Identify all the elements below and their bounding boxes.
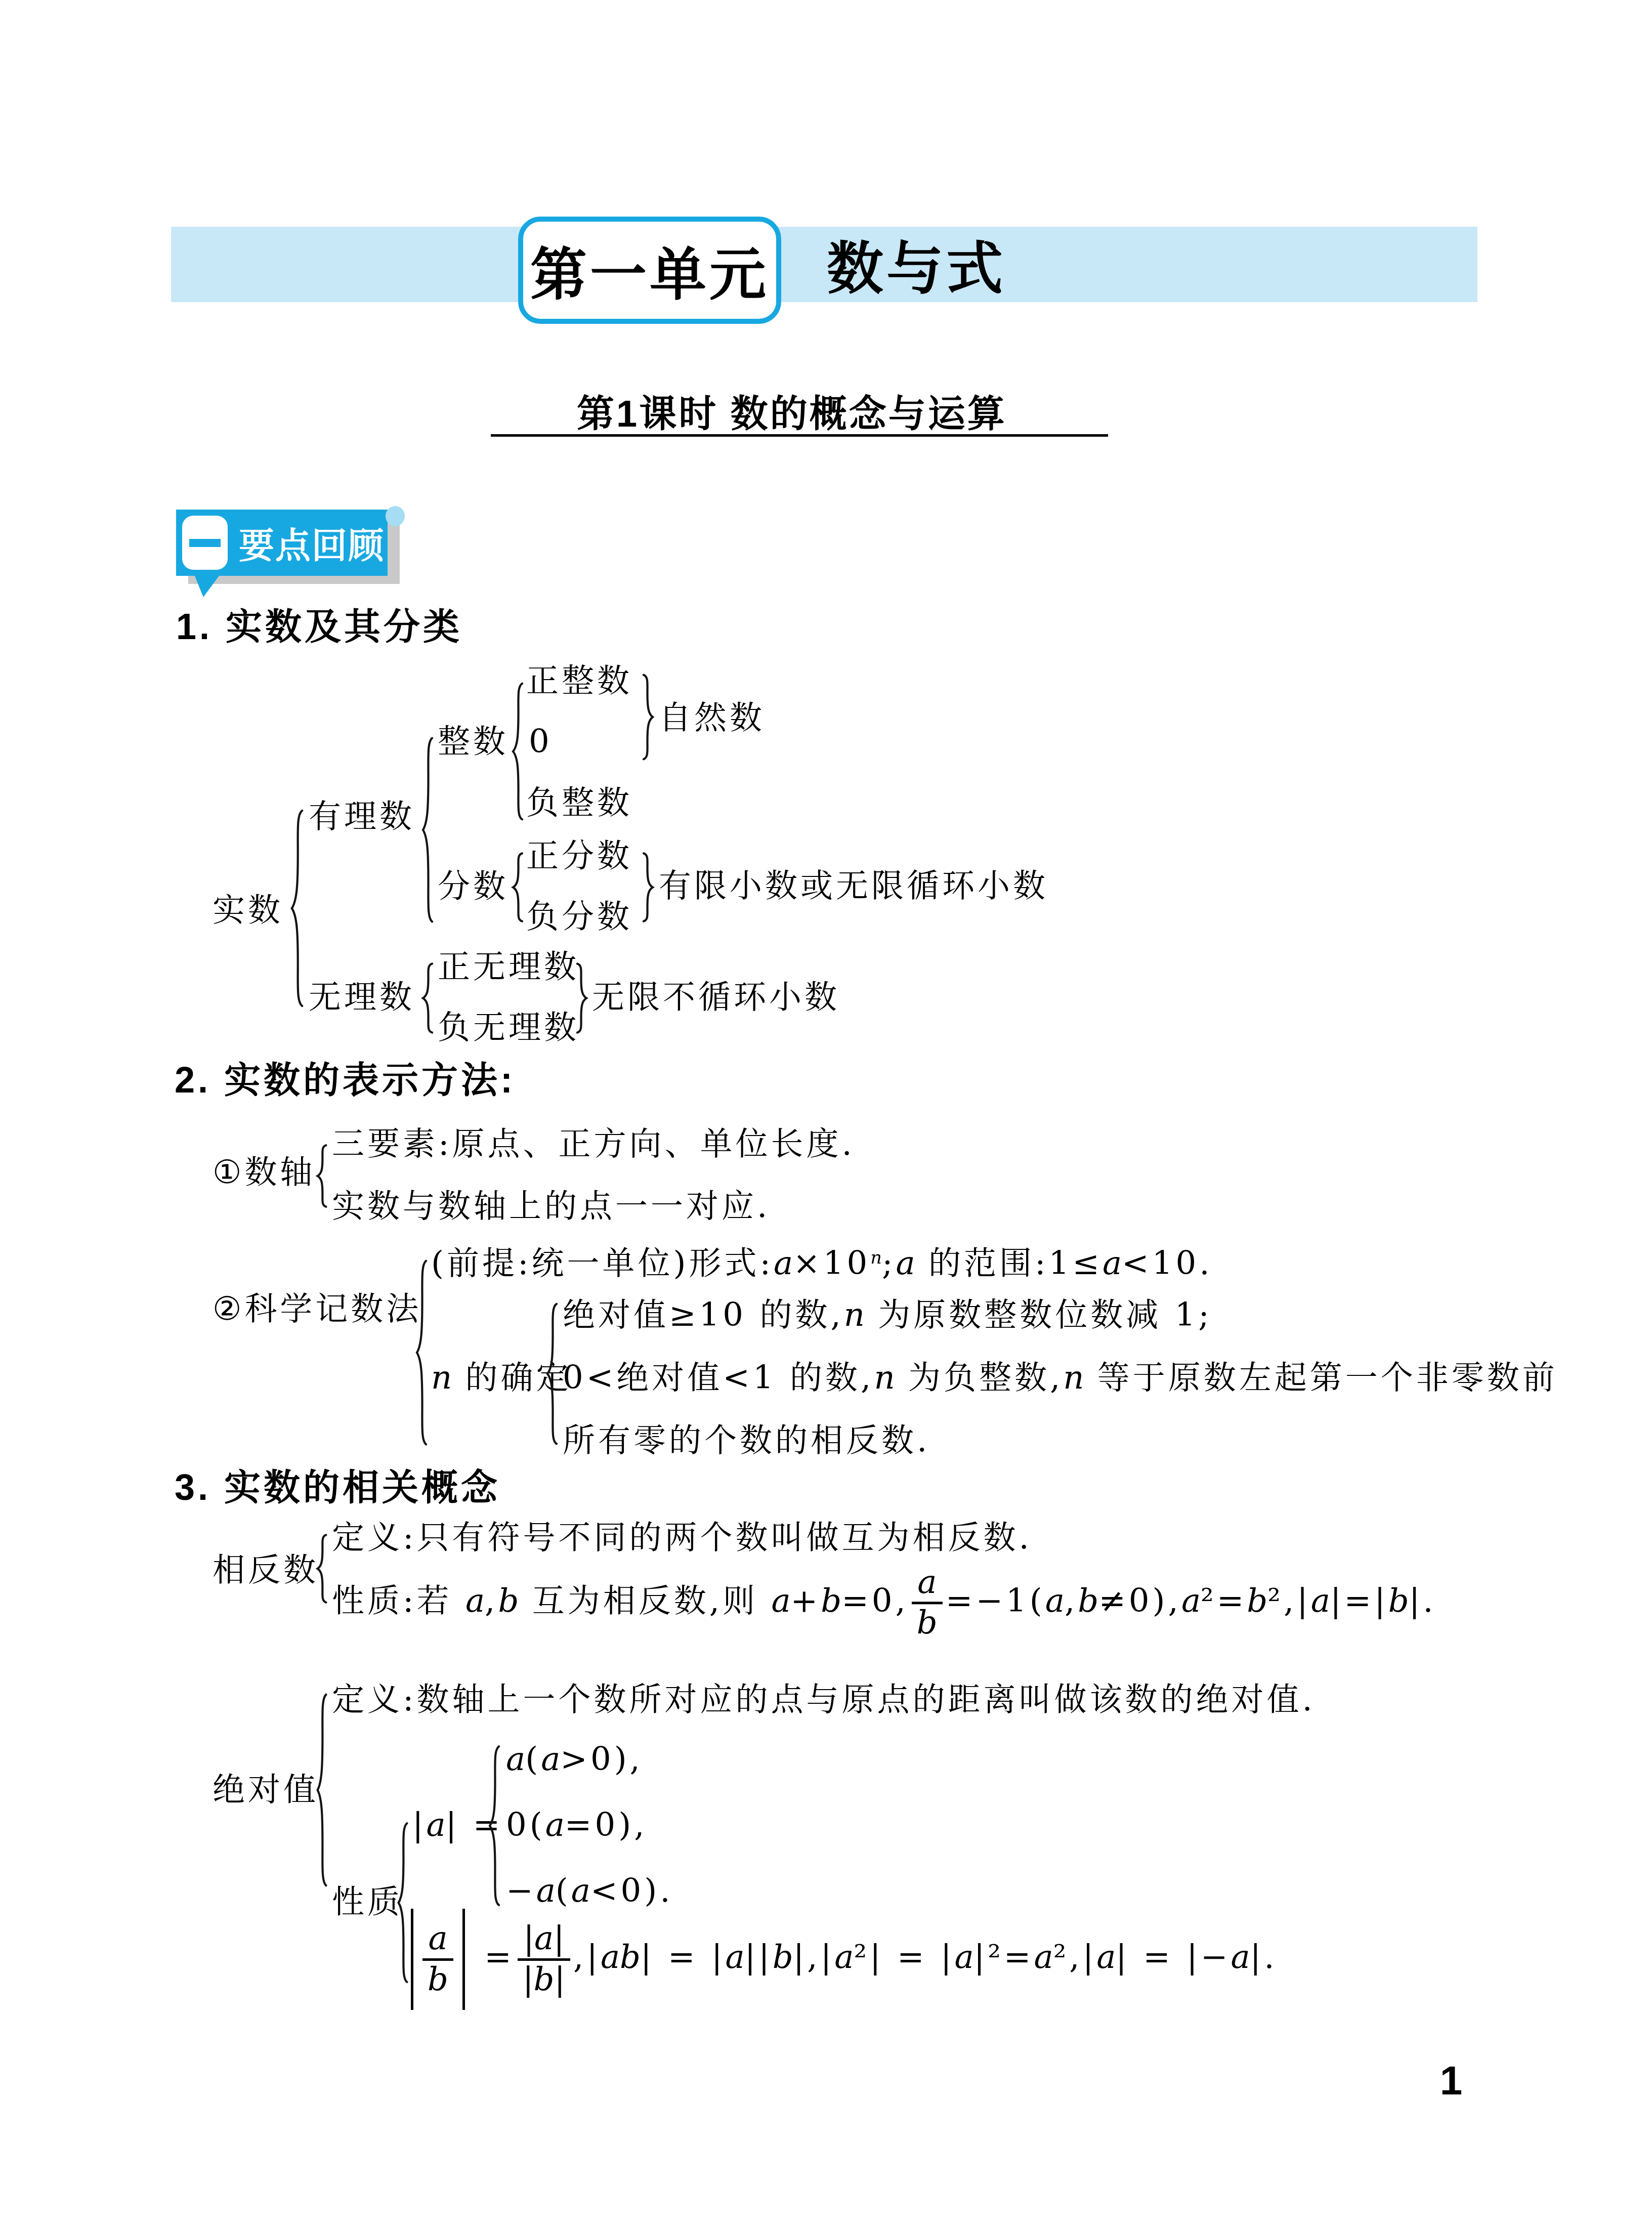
section-3-heading: 3. 实数的相关概念 xyxy=(175,1458,500,1510)
unit-label-box: 第一单元 xyxy=(518,217,781,324)
axis-line-2: 实数与数轴上的点一一对应. xyxy=(332,1188,770,1226)
brace-irrational-note xyxy=(574,963,589,1033)
unit-title: 数与式 xyxy=(827,224,1006,305)
brace-irrational xyxy=(420,963,435,1033)
abs-case-negative: −a(a<0). xyxy=(506,1873,673,1910)
brace-fraction xyxy=(510,853,525,922)
tree-neg-irrational: 负无理数 xyxy=(438,1010,579,1047)
tree-rational: 有理数 xyxy=(309,799,415,836)
absolute-value-definition: 定义:数轴上一个数所对应的点与原点的距离叫做该数的绝对值. xyxy=(332,1682,1316,1719)
one-icon xyxy=(189,539,221,547)
textbook-page: 第一单元 数与式 第1课时 数的概念与运算 要点回顾 1. 实数及其分类 2. … xyxy=(0,0,1652,2226)
badge-tail-icon xyxy=(195,576,219,597)
badge-number-plate xyxy=(182,516,228,570)
badge-label: 要点回顾 xyxy=(239,517,385,568)
abs-formula-line: ab =|a||b|,|ab| = |a||b|,|a²| = |a|²=a²,… xyxy=(405,1909,1277,2010)
tree-irrational-note: 无限不循环小数 xyxy=(592,979,840,1017)
absolute-value-label: 绝对值 xyxy=(213,1772,319,1809)
brace-n-determination xyxy=(544,1303,560,1445)
brace-abs-property xyxy=(396,1822,410,1984)
brace-fraction-note xyxy=(641,853,656,922)
brace-axis xyxy=(315,1145,329,1207)
tree-pos-irrational: 正无理数 xyxy=(438,949,579,986)
section-2-heading: 2. 实数的表示方法: xyxy=(175,1051,516,1103)
tree-pos-fraction: 正分数 xyxy=(526,838,632,875)
lesson-title: 第1课时 数的概念与运算 xyxy=(577,384,1007,438)
n-rule-2: 0<绝对值<1 的数,n 为负整数,n 等于原数左起第一个非零数前 xyxy=(563,1360,1558,1397)
review-badge: 要点回顾 xyxy=(176,510,388,576)
tree-zero: 0 xyxy=(529,724,553,761)
n-rule-1: 绝对值≥10 的数,n 为原数整数位数减 1; xyxy=(563,1297,1212,1334)
axis-line-1: 三要素:原点、正方向、单位长度. xyxy=(332,1126,855,1163)
unit-label: 第一单元 xyxy=(530,230,769,311)
brace-integer xyxy=(510,682,525,821)
abs-case-zero: 0(a=0), xyxy=(506,1807,648,1844)
tree-fraction: 分数 xyxy=(438,868,509,906)
tree-neg-fraction: 负分数 xyxy=(526,899,632,936)
opposite-definition: 定义:只有符号不同的两个数叫做互为相反数. xyxy=(332,1520,1032,1557)
brace-natural xyxy=(641,674,656,760)
tree-integer: 整数 xyxy=(438,724,509,761)
opposite-property: 性质:若 a,b 互为相反数,则 a+b=0,ab=−1(a,b≠0),a²=b… xyxy=(332,1566,1436,1640)
abs-case-positive: a(a>0), xyxy=(506,1741,643,1779)
section-1-heading: 1. 实数及其分类 xyxy=(176,597,462,650)
brace-opposite xyxy=(315,1534,329,1603)
n-rule-2-cont: 所有零的个数的相反数. xyxy=(563,1422,930,1460)
opposite-label: 相反数 xyxy=(213,1552,319,1589)
sci-notation-label: ②科学记数法 xyxy=(213,1291,421,1328)
sci-notation-form: (前提:统一单位)形式:a×10n;a 的范围:1≤a<10. xyxy=(431,1245,1212,1283)
brace-rational xyxy=(420,736,435,923)
tree-neg-integer: 负整数 xyxy=(526,785,632,822)
tree-pos-integer: 正整数 xyxy=(526,663,632,700)
lesson-underline xyxy=(491,434,1108,437)
absolute-value-property-label: 性质 xyxy=(332,1884,403,1921)
unit-banner xyxy=(171,227,1477,302)
tree-fraction-note: 有限小数或无限循环小数 xyxy=(659,868,1048,905)
brace-abs-cases xyxy=(487,1745,502,1907)
brace-real xyxy=(288,809,306,1008)
brace-absolute-value xyxy=(315,1693,329,1887)
tree-root: 实数 xyxy=(213,892,283,930)
axis-label: ①数轴 xyxy=(213,1154,315,1192)
page-number: 1 xyxy=(1440,2057,1463,2104)
badge-dot-icon xyxy=(386,506,405,526)
tree-natural: 自然数 xyxy=(659,700,765,737)
brace-sci-notation xyxy=(414,1259,429,1446)
tree-irrational: 无理数 xyxy=(309,979,415,1017)
